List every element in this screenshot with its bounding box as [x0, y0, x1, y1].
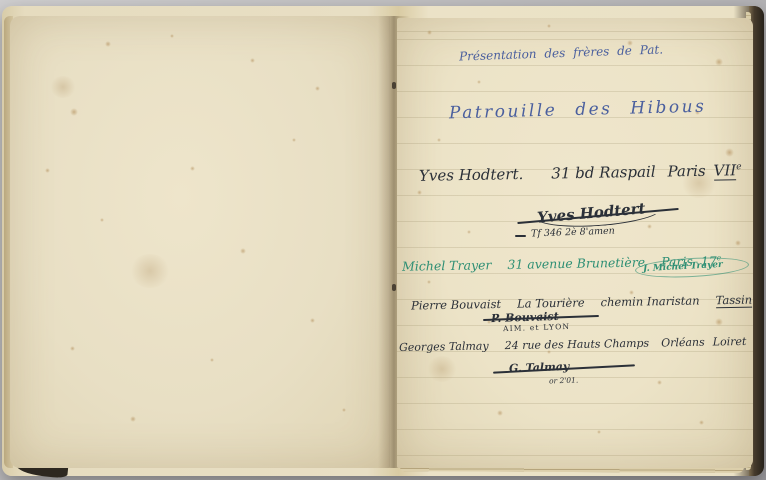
left-page-blank [10, 16, 390, 468]
right-page-handwritten: Présentation des frères de Pat. Patrouil… [397, 18, 753, 468]
entry-georges-city: Orléans [661, 336, 705, 350]
phone-note: Tf 346 2è 8'amen [531, 226, 615, 240]
entry-yves-city: Paris [667, 162, 705, 181]
entry-michel-name: Michel Trayer [402, 257, 492, 274]
header-note: Présentation des frères de Pat. [459, 42, 663, 63]
entry-yves-district: VII [713, 161, 736, 180]
entry-georges-address: 24 rue des Hauts Champs [505, 337, 650, 353]
entry-georges-name: Georges Talmay [399, 339, 489, 354]
entry-michel-address: 31 avenue Brunetière [507, 255, 645, 272]
signature-georges-note: or 2'01. [549, 375, 579, 385]
signature-yves-flourish [532, 193, 664, 230]
signature-pierre-note: AIM. et LYON [503, 322, 571, 333]
entry-pierre: Pierre BouvaistLa Tourièrechemin Inarist… [411, 291, 766, 312]
binding-stitch [392, 82, 396, 89]
entry-georges-region: Loiret [713, 335, 747, 349]
notebook: Présentation des frères de Pat. Patrouil… [2, 6, 764, 476]
entry-georges: Georges Talmay24 rue des Hauts ChampsOrl… [399, 335, 747, 354]
page-title: Patrouille des Hibous [449, 97, 707, 124]
phone-note-dash [515, 235, 526, 237]
scanned-notebook-photo: Présentation des frères de Pat. Patrouil… [0, 0, 766, 480]
entry-yves-name: Yves Hodtert. [419, 165, 524, 185]
entry-pierre-city: Tassin [716, 293, 753, 309]
entry-yves-address: 31 bd Raspail [551, 163, 656, 183]
entry-pierre-address2: chemin Inaristan [600, 293, 699, 309]
entry-yves-district-ordinal: e [736, 162, 742, 172]
entry-pierre-name: Pierre Bouvaist [411, 297, 501, 313]
entry-pierre-address1: La Tourière [517, 295, 585, 310]
binding-stitch [392, 284, 396, 291]
